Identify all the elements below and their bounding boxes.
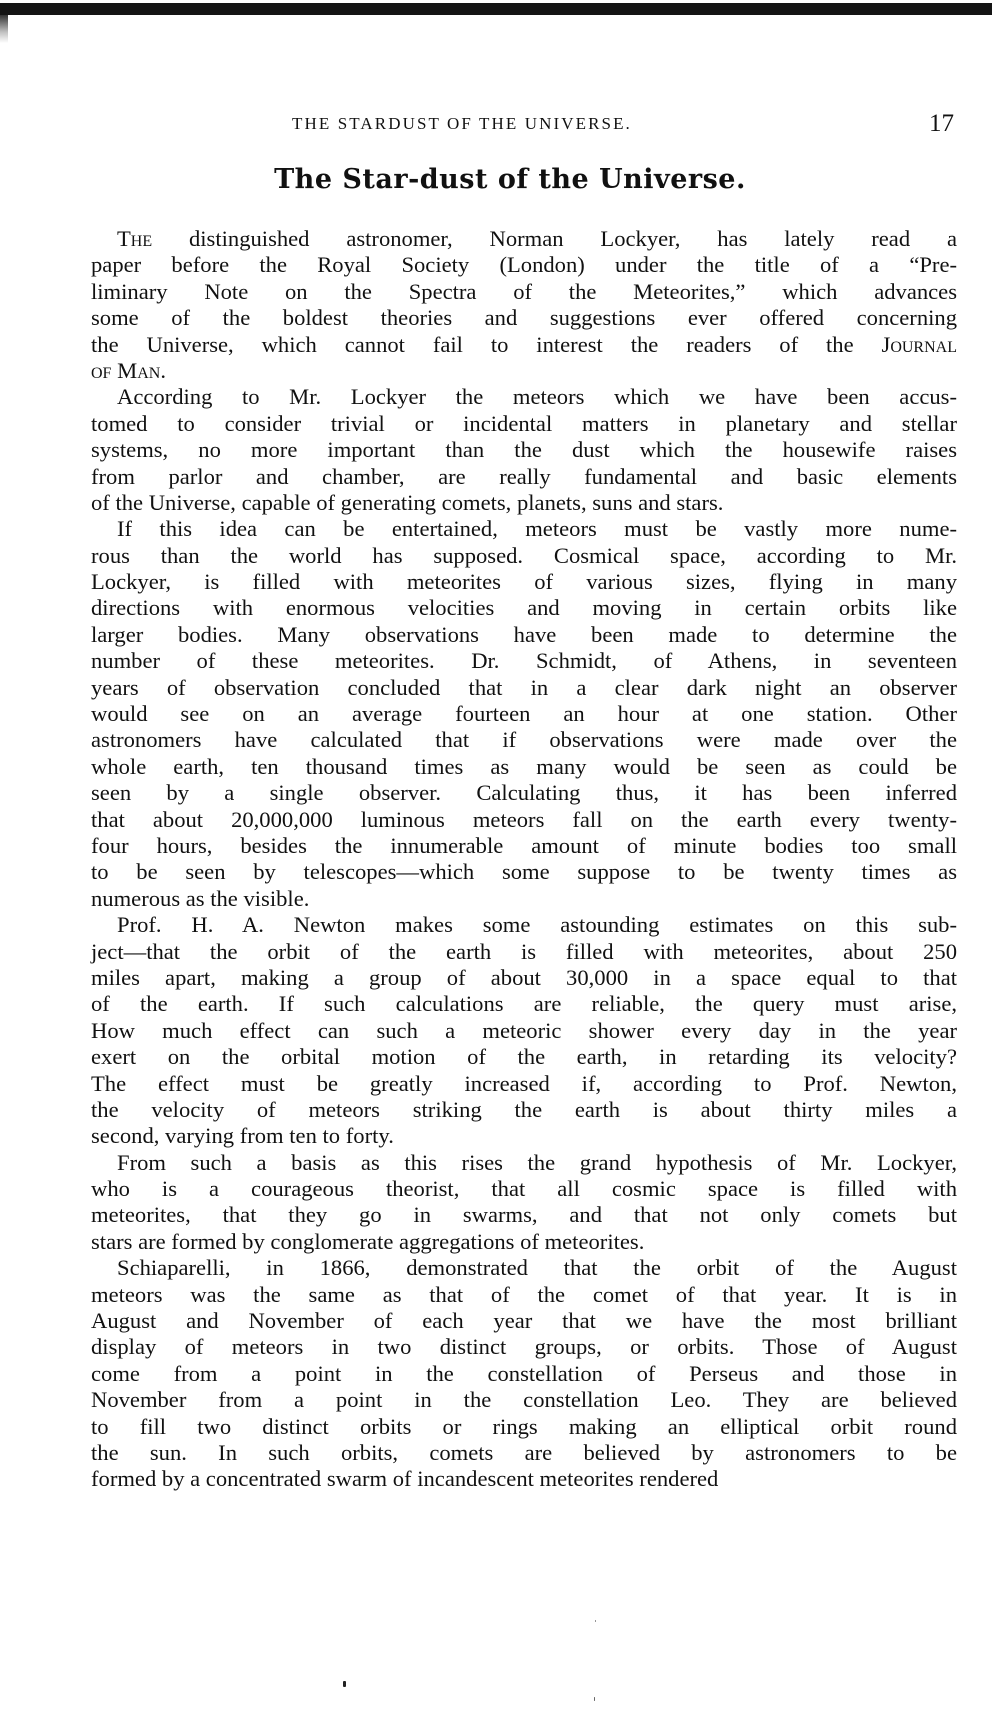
running-title: THE STARDUST OF THE UNIVERSE. xyxy=(292,114,632,134)
paragraph: According to Mr. Lockyer the meteors whi… xyxy=(91,384,957,516)
text-line: exert on the orbital motion of the earth… xyxy=(91,1044,957,1070)
article-body: The distinguished astronomer, Norman Loc… xyxy=(91,226,957,1493)
paragraph: From such a basis as this rises the gran… xyxy=(91,1150,957,1256)
print-speck xyxy=(343,1681,346,1687)
text-line: some of the boldest theories and suggest… xyxy=(91,305,957,331)
text-line: Lockyer, is filled with meteorites of va… xyxy=(91,569,957,595)
text-line: to be seen by telescopes—which some supp… xyxy=(91,859,957,885)
text-line: August and November of each year that we… xyxy=(91,1308,957,1334)
text-line: four hours, besides the innumerable amou… xyxy=(91,833,957,859)
text-line: numerous as the visible. xyxy=(91,886,957,912)
text-line: The distinguished astronomer, Norman Loc… xyxy=(91,226,957,252)
text-line: second, varying from ten to forty. xyxy=(91,1123,957,1149)
text-line: would see on an average fourteen an hour… xyxy=(91,701,957,727)
text-line: The effect must be greatly increased if,… xyxy=(91,1071,957,1097)
text-line: that about 20,000,000 luminous meteors f… xyxy=(91,807,957,833)
text-line: tomed to consider trivial or incidental … xyxy=(91,411,957,437)
text-line: miles apart, making a group of about 30,… xyxy=(91,965,957,991)
text-line: formed by a concentrated swarm of incand… xyxy=(91,1466,957,1492)
paragraph: If this idea can be entertained, meteors… xyxy=(91,516,957,912)
text-line: display of meteors in two distinct group… xyxy=(91,1334,957,1360)
text-line: come from a point in the constellation o… xyxy=(91,1361,957,1387)
text-line: whole earth, ten thousand times as many … xyxy=(91,754,957,780)
scan-edge-artifact xyxy=(0,15,8,43)
text-line: meteorites, that they go in swarms, and … xyxy=(91,1202,957,1228)
text-line: years of observation concluded that in a… xyxy=(91,675,957,701)
text-line: from parlor and chamber, are really fund… xyxy=(91,464,957,490)
text-line: larger bodies. Many observations have be… xyxy=(91,622,957,648)
text-line: Prof. H. A. Newton makes some astounding… xyxy=(91,912,957,938)
print-speck xyxy=(594,1697,595,1701)
running-header: THE STARDUST OF THE UNIVERSE. 17 xyxy=(0,110,1000,140)
text-line: of Man. xyxy=(91,358,957,384)
article-title: The Star-dust of the Universe. xyxy=(0,164,1000,195)
small-caps-text: The xyxy=(117,226,152,251)
text-line: stars are formed by conglomerate aggrega… xyxy=(91,1229,957,1255)
text-line: to fill two distinct orbits or rings mak… xyxy=(91,1414,957,1440)
text-line: directions with enormous velocities and … xyxy=(91,595,957,621)
text-line: systems, no more important than the dust… xyxy=(91,437,957,463)
text-line: number of these meteorites. Dr. Schmidt,… xyxy=(91,648,957,674)
text-line: of the earth. If such calculations are r… xyxy=(91,991,957,1017)
text-line: of the Universe, capable of generating c… xyxy=(91,490,957,516)
small-caps-text: of Man xyxy=(91,358,160,383)
text-line: liminary Note on the Spectra of the Mete… xyxy=(91,279,957,305)
text-line: If this idea can be entertained, meteors… xyxy=(91,516,957,542)
text-line: astronomers have calculated that if obse… xyxy=(91,727,957,753)
text-line: paper before the Royal Society (London) … xyxy=(91,252,957,278)
text-line: meteors was the same as that of the come… xyxy=(91,1282,957,1308)
text-line: From such a basis as this rises the gran… xyxy=(91,1150,957,1176)
text-line: rous than the world has supposed. Cosmic… xyxy=(91,543,957,569)
text-line: According to Mr. Lockyer the meteors whi… xyxy=(91,384,957,410)
text-line: How much effect can such a meteoric show… xyxy=(91,1018,957,1044)
print-speck xyxy=(595,1620,596,1622)
paragraph: The distinguished astronomer, Norman Loc… xyxy=(91,226,957,384)
text-line: the velocity of meteors striking the ear… xyxy=(91,1097,957,1123)
paragraph: Prof. H. A. Newton makes some astounding… xyxy=(91,912,957,1150)
text-line: ject—that the orbit of the earth is fill… xyxy=(91,939,957,965)
text-line: the Universe, which cannot fail to inter… xyxy=(91,332,957,358)
text-line: November from a point in the constellati… xyxy=(91,1387,957,1413)
paragraph: Schiaparelli, in 1866, demonstrated that… xyxy=(91,1255,957,1493)
page-number: 17 xyxy=(929,110,954,138)
scan-top-border xyxy=(0,3,992,15)
small-caps-text: Journal xyxy=(882,332,957,357)
text-line: the sun. In such orbits, comets are beli… xyxy=(91,1440,957,1466)
text-line: seen by a single observer. Calculating t… xyxy=(91,780,957,806)
text-line: who is a courageous theorist, that all c… xyxy=(91,1176,957,1202)
text-line: Schiaparelli, in 1866, demonstrated that… xyxy=(91,1255,957,1281)
